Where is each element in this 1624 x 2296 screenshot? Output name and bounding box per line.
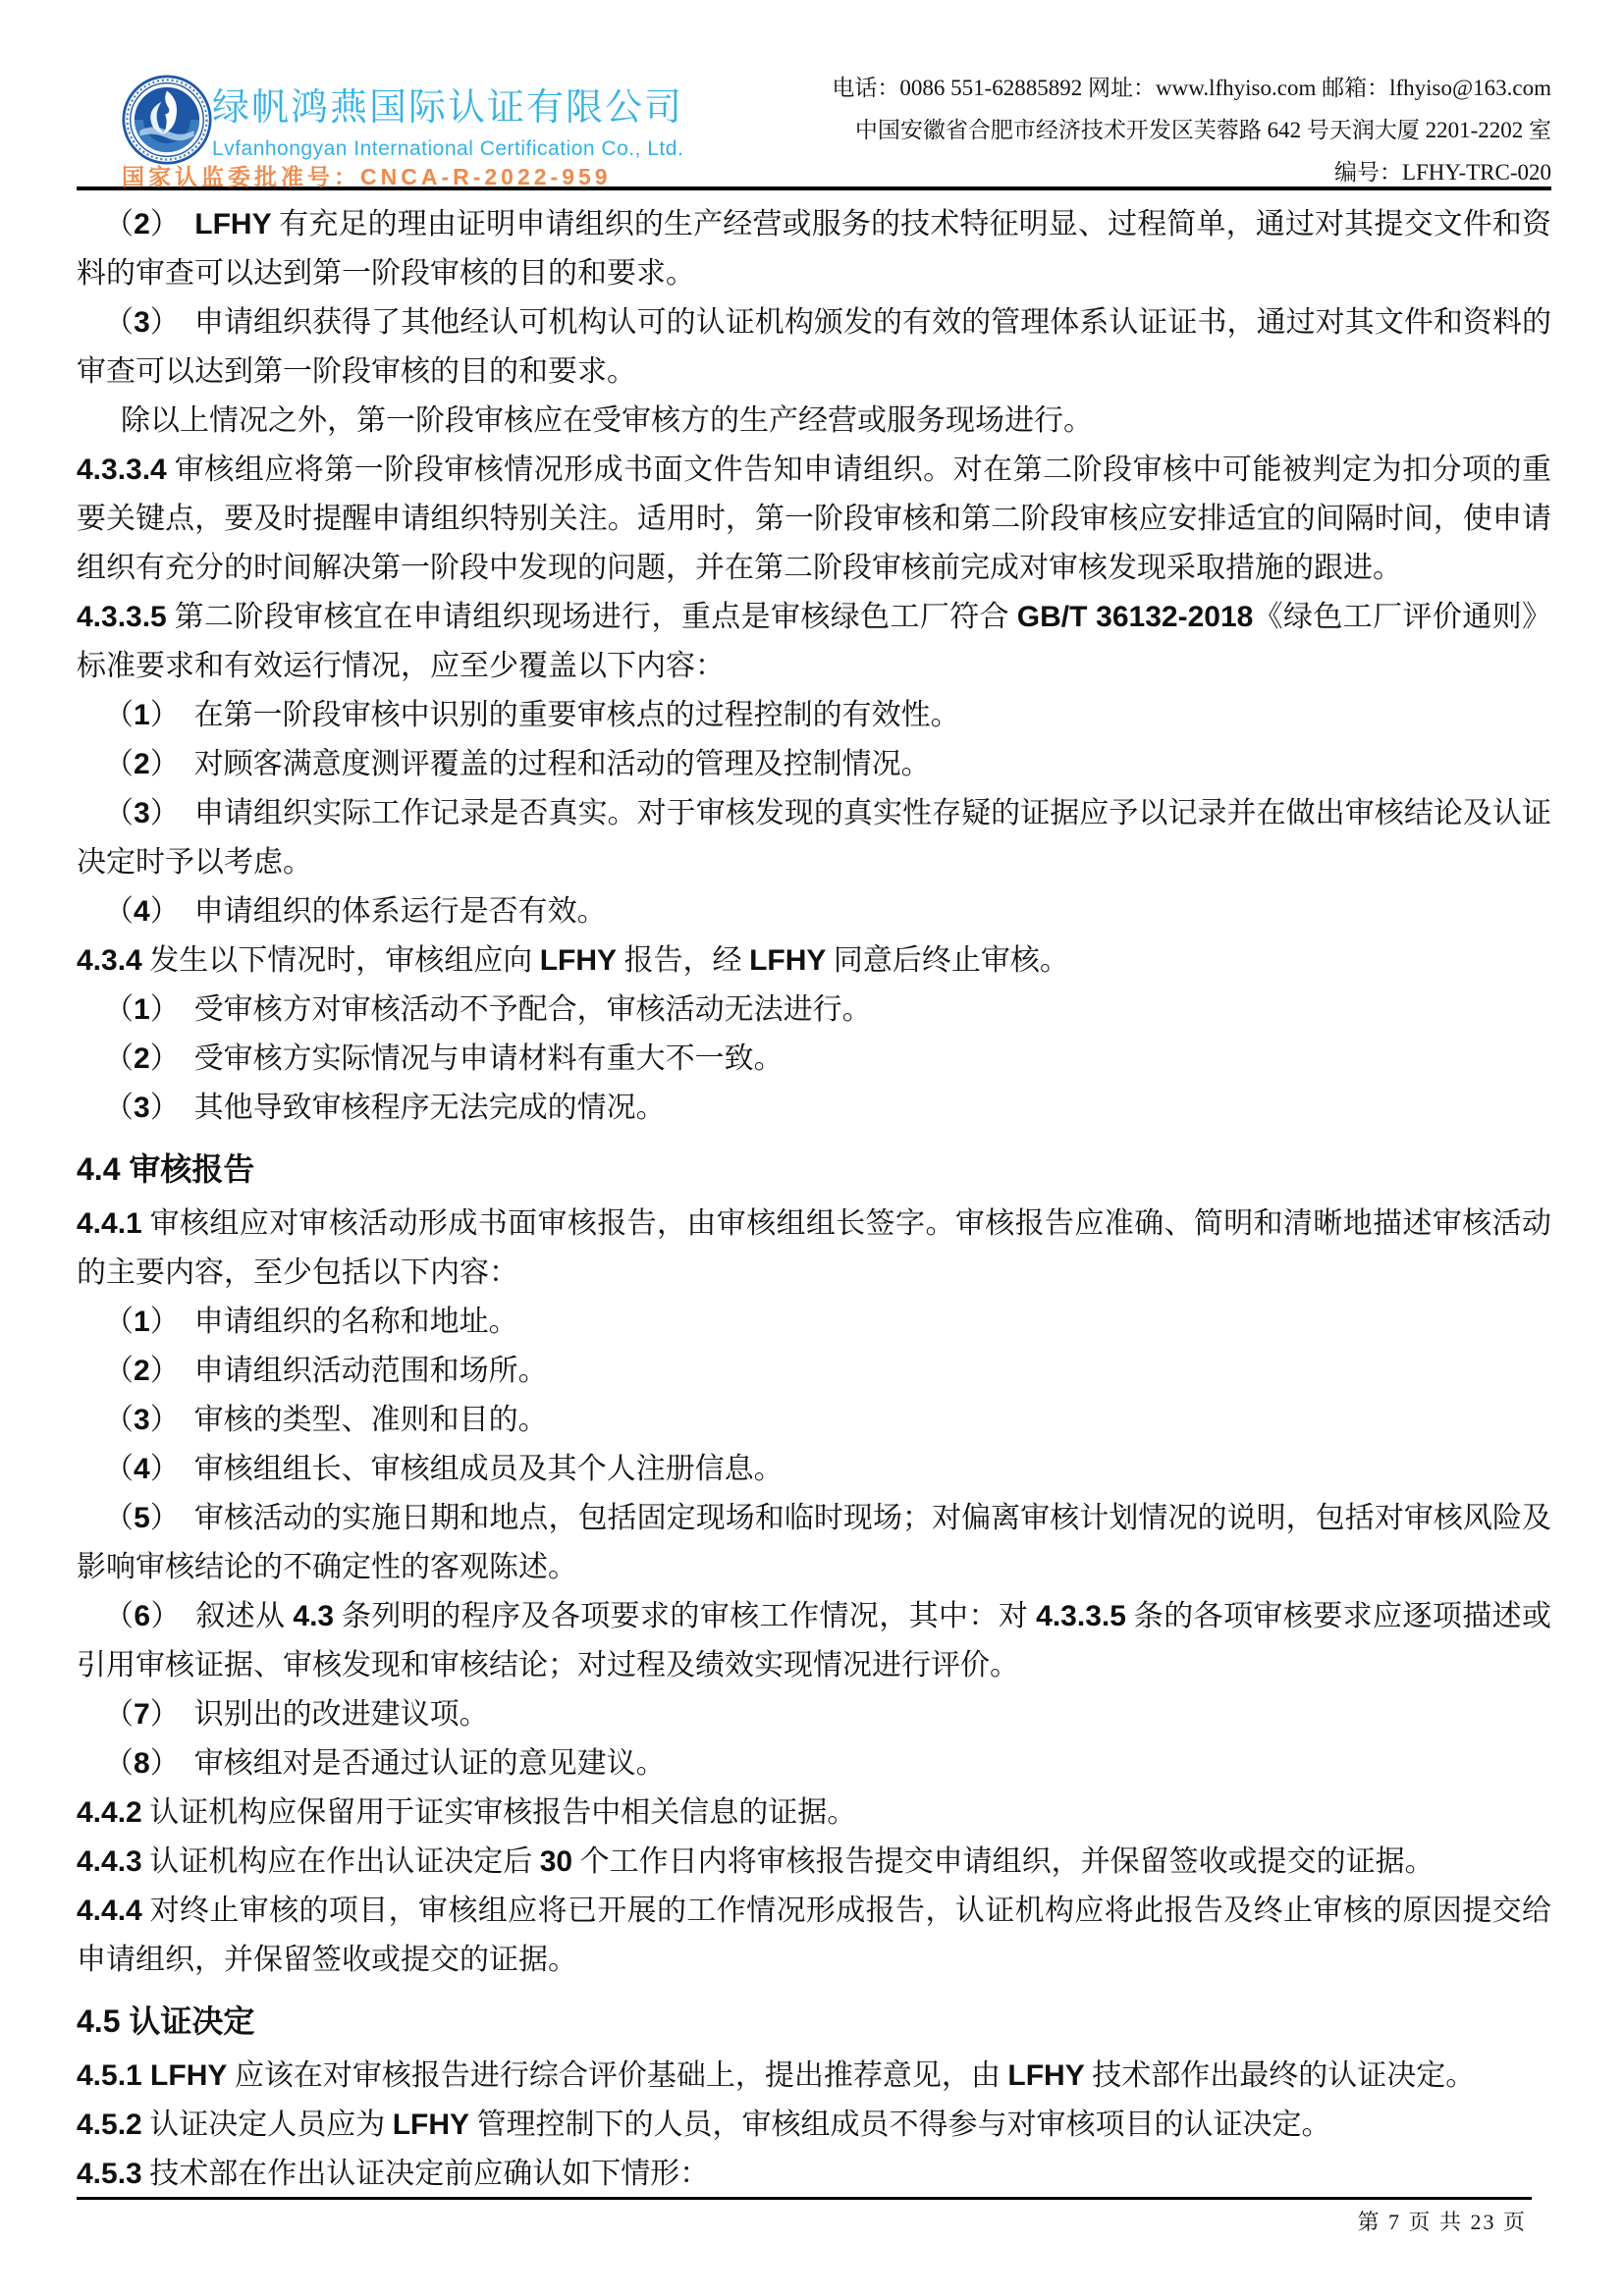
company-address: 中国安徽省合肥市经济技术开发区芙蓉路 642 号天润大厦 2201-2202 室 <box>832 109 1551 151</box>
paragraph: （3） 申请组织获得了其他经认可机构认可的认证机构颁发的有效的管理体系认证证书，… <box>77 298 1551 397</box>
paragraph: （1） 受审核方对审核活动不予配合，审核活动无法进行。 <box>77 986 1551 1035</box>
paragraph: （3） 申请组织实际工作记录是否真实。对于审核发现的真实性存疑的证据应予以记录并… <box>77 789 1551 887</box>
paragraph: （8） 审核组对是否通过认证的意见建议。 <box>77 1739 1551 1789</box>
page-content: 绿帆鸿燕国际认证有限公司 Lvfanhongyan International … <box>77 43 1551 2199</box>
company-logo-icon <box>122 75 212 165</box>
paragraph: （3） 其他导致审核程序无法完成的情况。 <box>77 1084 1551 1133</box>
section-heading: 4.5 认证决定 <box>77 1995 1551 2048</box>
paragraph: （4） 申请组织的体系运行是否有效。 <box>77 887 1551 936</box>
paragraph: （2） 申请组织活动范围和场所。 <box>77 1347 1551 1396</box>
paragraph: （3） 审核的类型、准则和目的。 <box>77 1396 1551 1445</box>
page-number: 第 7 页 共 23 页 <box>1357 2206 1527 2236</box>
footer-divider <box>77 2197 1532 2200</box>
paragraph: 4.3.3.5 第二阶段审核宜在申请组织现场进行，重点是审核绿色工厂符合 GB/… <box>77 593 1551 691</box>
document-number: 编号：LFHY-TRC-020 <box>832 151 1551 193</box>
paragraph: （1） 申请组织的名称和地址。 <box>77 1298 1551 1347</box>
paragraph: （4） 审核组组长、审核组成员及其个人注册信息。 <box>77 1445 1551 1494</box>
document-page: 绿帆鸿燕国际认证有限公司 Lvfanhongyan International … <box>0 0 1624 2296</box>
paragraph: （2） LFHY 有充足的理由证明申请组织的生产经营或服务的技术特征明显、过程简… <box>77 200 1551 298</box>
paragraph: 4.5.2 认证决定人员应为 LFHY 管理控制下的人员，审核组成员不得参与对审… <box>77 2101 1551 2150</box>
paragraph: 4.4.1 审核组应对审核活动形成书面审核报告，由审核组组长签字。审核报告应准确… <box>77 1200 1551 1298</box>
contact-block: 电话：0086 551-62885892 网址：www.lfhyiso.com … <box>832 67 1551 193</box>
paragraph: 4.5.1 LFHY 应该在对审核报告进行综合评价基础上，提出推荐意见，由 LF… <box>77 2052 1551 2101</box>
company-name-en: Lvfanhongyan International Certification… <box>212 137 683 161</box>
paragraph: 4.4.2 认证机构应保留用于证实审核报告中相关信息的证据。 <box>77 1789 1551 1838</box>
paragraph: （6） 叙述从 4.3 条列明的程序及各项要求的审核工作情况，其中：对 4.3.… <box>77 1592 1551 1690</box>
letterhead: 绿帆鸿燕国际认证有限公司 Lvfanhongyan International … <box>77 43 1551 190</box>
paragraph: （5） 审核活动的实施日期和地点，包括固定现场和临时现场；对偏离审核计划情况的说… <box>77 1494 1551 1592</box>
paragraph: 4.4.4 对终止审核的项目，审核组应将已开展的工作情况形成报告，认证机构应将此… <box>77 1887 1551 1985</box>
paragraph: 4.3.3.4 审核组应将第一阶段审核情况形成书面文件告知申请组织。对在第二阶段… <box>77 446 1551 593</box>
paragraph: 除以上情况之外，第一阶段审核应在受审核方的生产经营或服务现场进行。 <box>77 397 1551 446</box>
paragraph: （7） 识别出的改进建议项。 <box>77 1690 1551 1739</box>
section-heading: 4.4 审核报告 <box>77 1143 1551 1196</box>
paragraph: （2） 受审核方实际情况与申请材料有重大不一致。 <box>77 1035 1551 1084</box>
paragraph: 4.4.3 认证机构应在作出认证决定后 30 个工作日内将审核报告提交申请组织，… <box>77 1838 1551 1887</box>
paragraph: 4.3.4 发生以下情况时，审核组应向 LFHY 报告，经 LFHY 同意后终止… <box>77 936 1551 986</box>
company-name-zh: 绿帆鸿燕国际认证有限公司 <box>212 77 683 131</box>
cnca-approval-number: 国家认监委批准号：CNCA-R-2022-959 <box>122 159 612 191</box>
paragraph: （2） 对顾客满意度测评覆盖的过程和活动的管理及控制情况。 <box>77 740 1551 789</box>
document-body: （2） LFHY 有充足的理由证明申请组织的生产经营或服务的技术特征明显、过程简… <box>77 190 1551 2199</box>
paragraph: （1） 在第一阶段审核中识别的重要审核点的过程控制的有效性。 <box>77 691 1551 740</box>
paragraph: 4.5.3 技术部在作出认证决定前应确认如下情形： <box>77 2150 1551 2199</box>
company-names: 绿帆鸿燕国际认证有限公司 Lvfanhongyan International … <box>212 77 683 161</box>
contact-phone-web-mail: 电话：0086 551-62885892 网址：www.lfhyiso.com … <box>832 67 1551 109</box>
